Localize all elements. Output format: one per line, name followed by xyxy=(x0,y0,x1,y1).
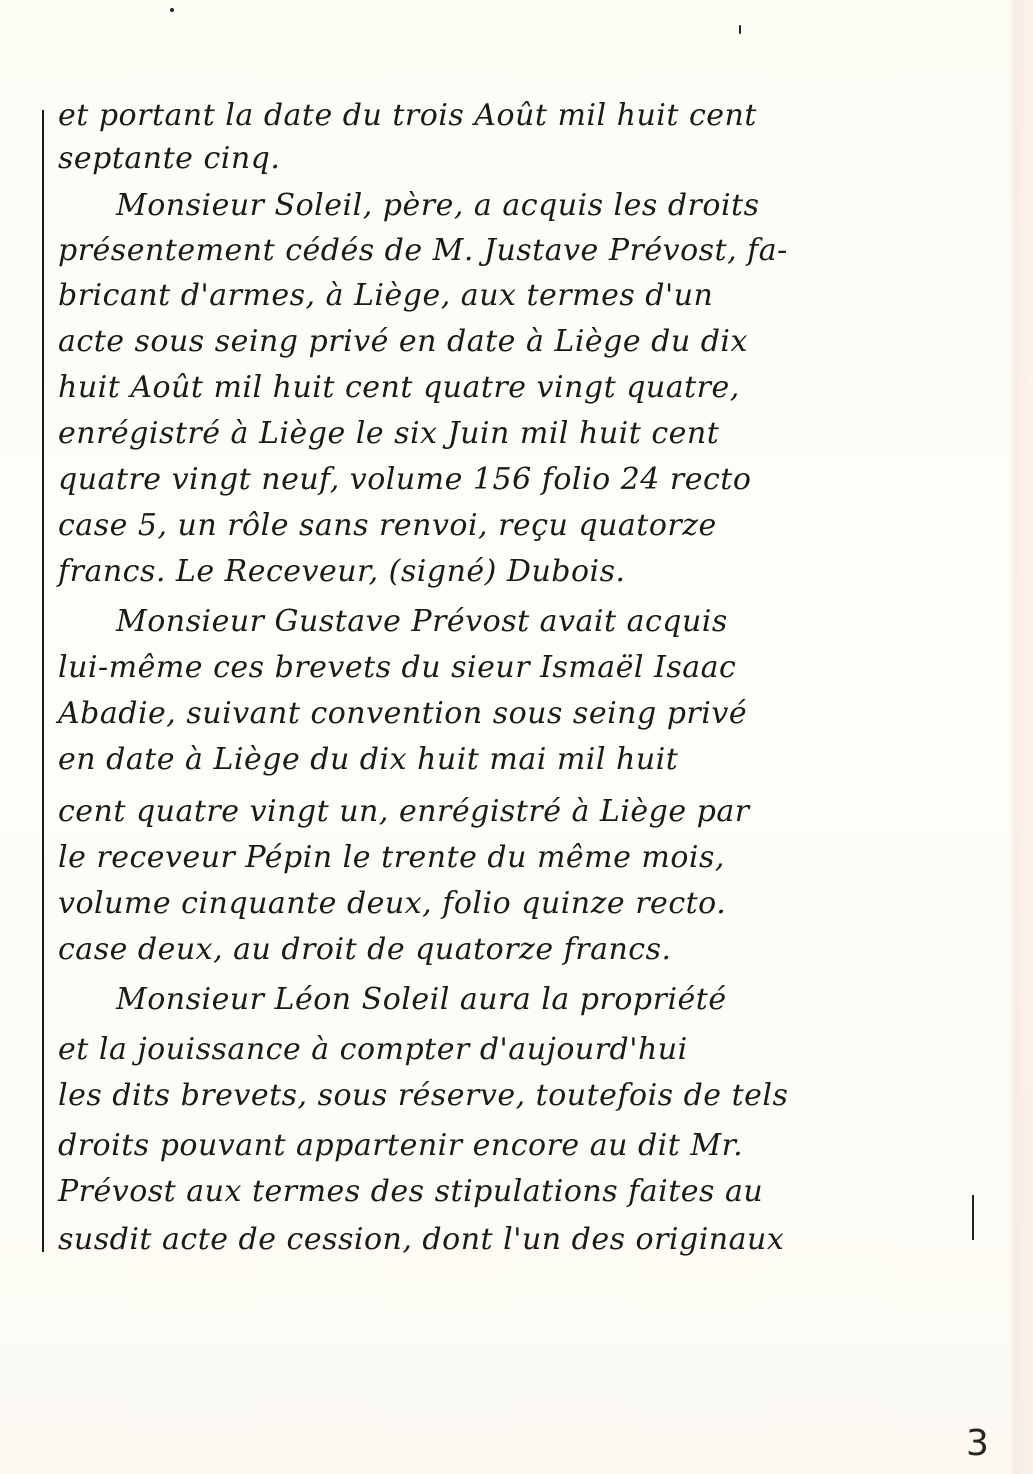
text-line: enrégistré à Liège le six Juin mil huit … xyxy=(58,414,719,454)
text-line: présentement cédés de M. Justave Prévost… xyxy=(58,231,788,271)
text-line: Prévost aux termes des stipulations fait… xyxy=(58,1172,763,1212)
text-line: le receveur Pépin le trente du même mois… xyxy=(58,838,725,878)
text-line: case 5, un rôle sans renvoi, reçu quator… xyxy=(58,506,717,546)
text-line: cent quatre vingt un, enrégistré à Liège… xyxy=(58,792,750,832)
text-line: volume cinquante deux, folio quinze rect… xyxy=(58,884,726,924)
manuscript-page: et portant la date du trois Août mil hui… xyxy=(0,0,1033,1474)
text-line: septante cinq. xyxy=(58,139,280,179)
page-number: 3 xyxy=(966,1424,989,1464)
text-line: huit Août mil huit cent quatre vingt qua… xyxy=(58,368,740,408)
text-line: droits pouvant appartenir encore au dit … xyxy=(58,1126,743,1166)
text-line: et la jouissance à compter d'aujourd'hui xyxy=(58,1030,688,1070)
text-line: en date à Liège du dix huit mai mil huit xyxy=(58,740,678,780)
ink-speck xyxy=(739,25,741,34)
text-line: les dits brevets, sous réserve, toutefoi… xyxy=(58,1076,788,1116)
text-line: lui-même ces brevets du sieur Ismaël Isa… xyxy=(58,648,736,688)
text-line: francs. Le Receveur, (signé) Dubois. xyxy=(58,552,626,592)
text-line: case deux, au droit de quatorze francs. xyxy=(58,930,672,970)
text-line: et portant la date du trois Août mil hui… xyxy=(58,96,757,136)
text-line: quatre vingt neuf, volume 156 folio 24 r… xyxy=(58,460,751,500)
text-line: acte sous seing privé en date à Liège du… xyxy=(58,322,748,362)
left-margin-rule xyxy=(42,110,44,1252)
paragraph-start-line: Monsieur Léon Soleil aura la propriété xyxy=(116,980,727,1020)
right-margin-mark xyxy=(972,1195,974,1240)
text-line: Abadie, suivant convention sous seing pr… xyxy=(58,694,747,734)
text-line: susdit acte de cession, dont l'un des or… xyxy=(58,1220,784,1260)
text-line: bricant d'armes, à Liège, aux termes d'u… xyxy=(58,276,713,316)
paragraph-start-line: Monsieur Soleil, père, a acquis les droi… xyxy=(116,186,760,226)
ink-speck xyxy=(170,8,174,12)
paragraph-start-line: Monsieur Gustave Prévost avait acquis xyxy=(116,602,728,642)
